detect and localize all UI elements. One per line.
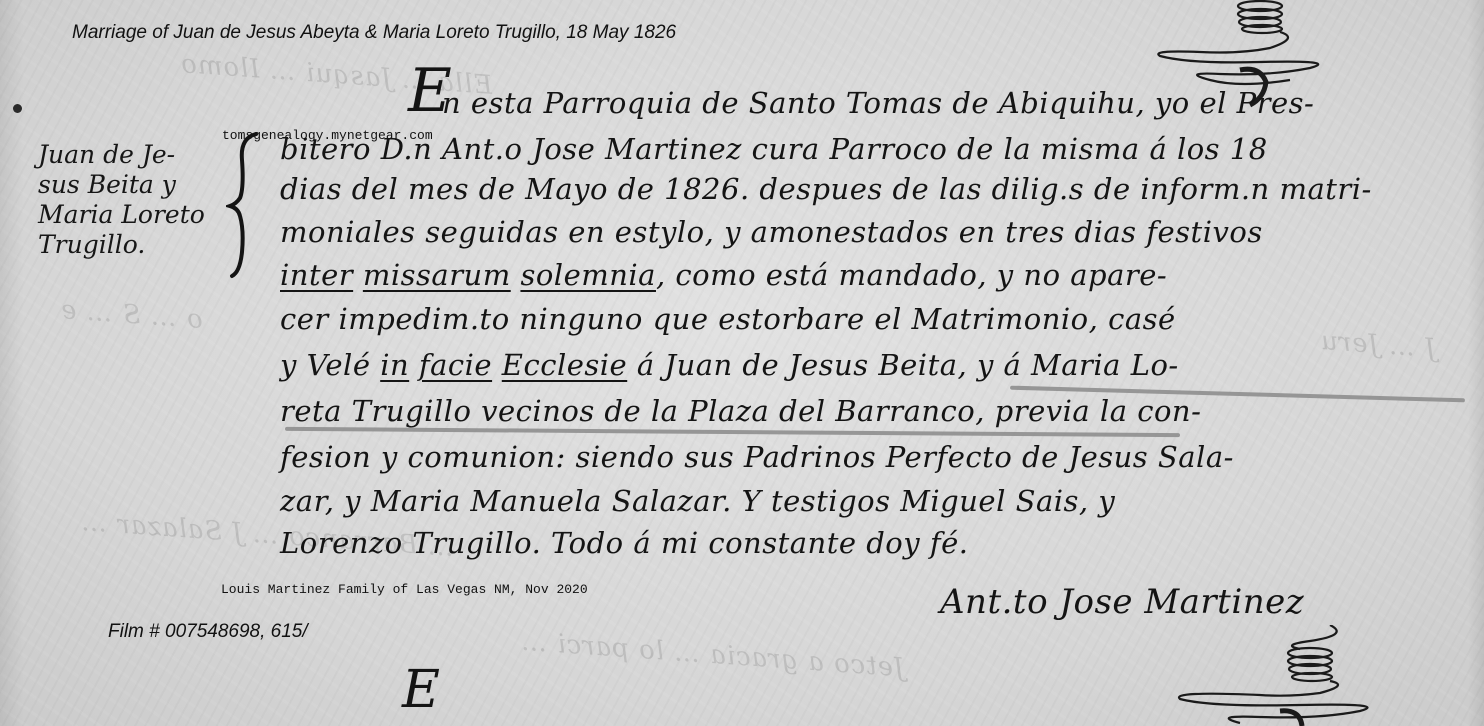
record-text xyxy=(492,348,502,382)
caption-title: Marriage of Juan de Jesus Abeyta & Maria… xyxy=(72,22,676,44)
record-text: fesion y comunion: siendo sus Padrinos P… xyxy=(280,440,1234,474)
bleed-through-text: J … Jeru xyxy=(1319,326,1437,364)
curly-brace xyxy=(226,130,266,280)
record-line-2: bitero D.n Ant.o Jose Martinez cura Parr… xyxy=(280,132,1268,166)
underlined-latin-term: Ecclesie xyxy=(502,348,627,382)
record-text: Lorenzo Trugillo. Todo á mi constante do… xyxy=(280,526,968,560)
record-text: zar, y Maria Manuela Salazar. Y testigos… xyxy=(280,484,1115,518)
next-entry-initial: E xyxy=(402,660,440,720)
margin-note-line: Trugillo. xyxy=(38,230,205,260)
record-text xyxy=(511,258,521,292)
record-line-8: reta Trugillo vecinos de la Plaza del Ba… xyxy=(280,394,1201,428)
record-text: á Juan de Jesus Beita, y á Maria Lo- xyxy=(627,348,1179,382)
bleed-through-text: o … S … e xyxy=(59,295,204,335)
record-text: moniales seguidas en estylo, y amonestad… xyxy=(280,215,1263,249)
record-line-7: y Velé in facie Ecclesie á Juan de Jesus… xyxy=(280,348,1179,382)
record-line-9: fesion y comunion: siendo sus Padrinos P… xyxy=(280,440,1234,474)
parish-register-page: Ella … Jasqui … Ilomo o … S … e … Barran… xyxy=(0,0,1484,726)
record-line-11: Lorenzo Trugillo. Todo á mi constante do… xyxy=(280,526,968,560)
record-text: dias del mes de Mayo de 1826. despues de… xyxy=(280,172,1372,206)
record-text xyxy=(409,348,419,382)
record-text xyxy=(353,258,363,292)
watermark-family: Louis Martinez Family of Las Vegas NM, N… xyxy=(221,582,588,597)
rubric-flourish-bottom xyxy=(1150,625,1410,726)
binding-hole xyxy=(13,104,22,113)
record-text: , como está mandado, y no apare- xyxy=(656,258,1167,292)
film-reference: Film # 007548698, 615/ xyxy=(108,621,308,643)
underlined-latin-term: in xyxy=(380,348,409,382)
record-text: bitero D.n Ant.o Jose Martinez cura Parr… xyxy=(280,132,1268,166)
record-text: n esta Parroquia de Santo Tomas de Abiqu… xyxy=(442,86,1314,120)
margin-note-line: sus Beita y xyxy=(38,170,205,200)
highlight-underline-bride xyxy=(285,427,1180,437)
record-line-4: moniales seguidas en estylo, y amonestad… xyxy=(280,215,1263,249)
record-text: reta Trugillo vecinos de la Plaza del Ba… xyxy=(280,394,1201,428)
record-line-6: cer impedim.to ninguno que estorbare el … xyxy=(280,302,1176,336)
record-line-1: n esta Parroquia de Santo Tomas de Abiqu… xyxy=(442,86,1314,120)
page-edge-right xyxy=(1468,0,1484,726)
underlined-latin-term: missarum xyxy=(363,258,511,292)
underlined-latin-term: solemnia xyxy=(520,258,656,292)
record-line-10: zar, y Maria Manuela Salazar. Y testigos… xyxy=(280,484,1115,518)
record-line-3: dias del mes de Mayo de 1826. despues de… xyxy=(280,172,1372,206)
bleed-through-text: Jetco a gracia … lo parci … xyxy=(519,627,905,684)
record-text: y Velé xyxy=(280,348,380,382)
underlined-latin-term: inter xyxy=(280,258,353,292)
priest-signature: Ant.to Jose Martinez xyxy=(940,582,1304,622)
margin-note-line: Maria Loreto xyxy=(38,200,205,230)
margin-note-line: Juan de Je- xyxy=(38,140,205,170)
record-text: cer impedim.to ninguno que estorbare el … xyxy=(280,302,1176,336)
record-line-5: inter missarum solemnia, como está manda… xyxy=(280,258,1167,292)
margin-note: Juan de Je- sus Beita y Maria Loreto Tru… xyxy=(38,140,205,260)
underlined-latin-term: facie xyxy=(419,348,492,382)
